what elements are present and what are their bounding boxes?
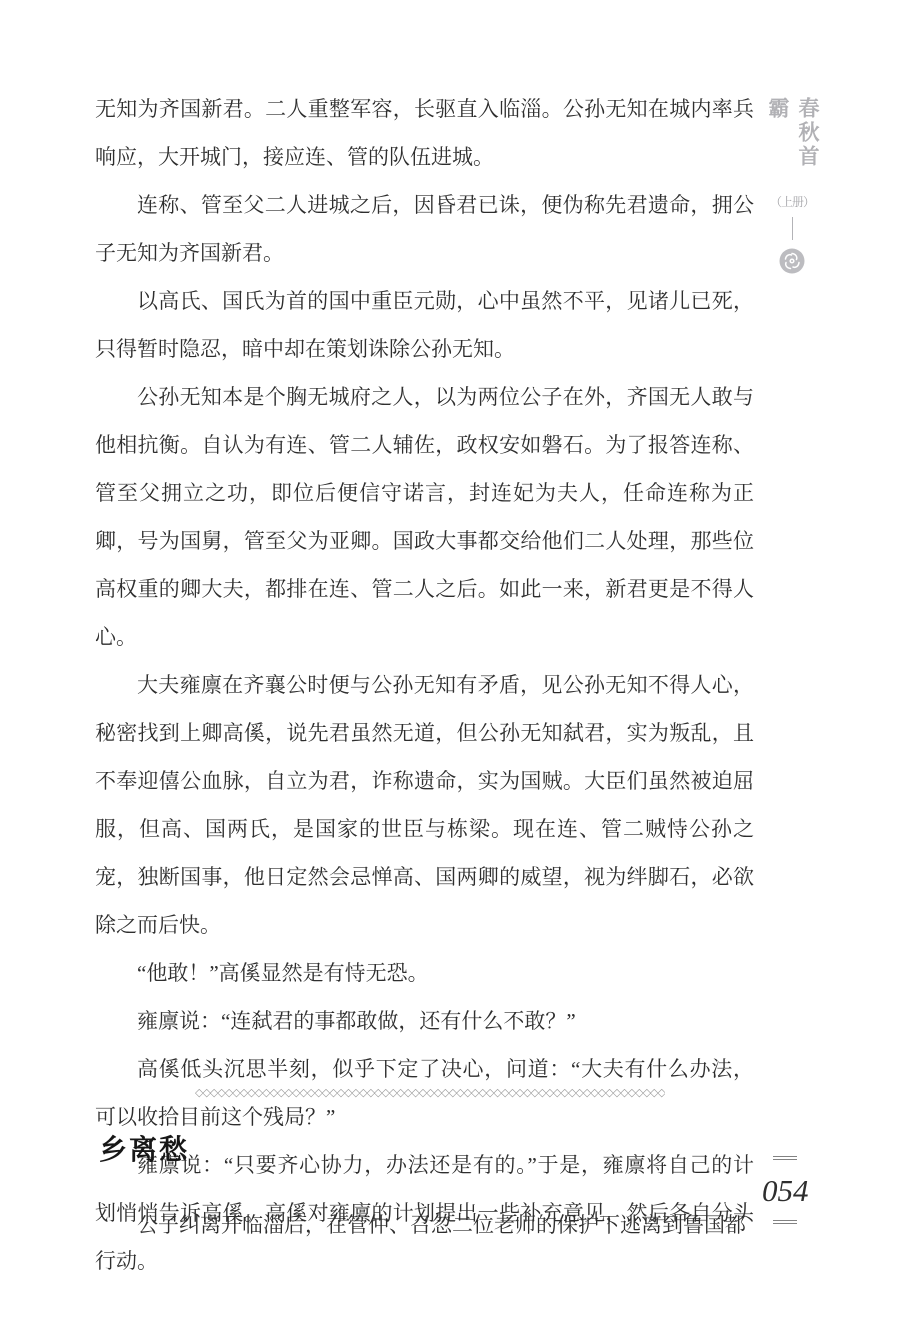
paragraph: 连称、管至父二人进城之后，因昏君已诛，便伪称先君遗命，拥公子无知为齐国新君。	[95, 181, 754, 277]
book-title-vertical: 春秋首霸	[762, 97, 822, 192]
paragraph: 大夫雍廪在齐襄公时便与公孙无知有矛盾，见公孙无知不得人心，秘密找到上卿高傒，说先…	[95, 661, 754, 949]
section-heading: 乡离愁	[99, 1128, 189, 1168]
book-page: 无知为齐国新君。二人重整军容，长驱直入临淄。公孙无知在城内率兵响应，大开城门，接…	[0, 0, 913, 1338]
paragraph: 公孙无知本是个胸无城府之人，以为两位公子在外，齐国无人敢与他相抗衡。自认为有连、…	[95, 373, 754, 661]
double-rule-top	[773, 1156, 797, 1160]
page-number-block: 054	[762, 1156, 808, 1224]
margin-title-block: 春秋首霸 （上册）	[763, 97, 821, 274]
body-text-column: 无知为齐国新君。二人重整军容，长驱直入临淄。公孙无知在城内率兵响应，大开城门，接…	[95, 85, 754, 1285]
book-volume-label: （上册）	[770, 193, 814, 210]
paragraph: 无知为齐国新君。二人重整军容，长驱直入临淄。公孙无知在城内率兵响应，大开城门，接…	[95, 85, 754, 181]
paragraph: 以高氏、国氏为首的国中重臣元勋，心中虽然不平，见诸儿已死，只得暂时隐忍，暗中却在…	[95, 277, 754, 373]
page-number: 054	[762, 1175, 808, 1206]
divider-line	[792, 217, 793, 240]
paragraph-dialogue: 雍廪说：“连弑君的事都敢做，还有什么不敢？”	[95, 997, 754, 1045]
paragraph-dialogue: “他敢！”高傒显然是有恃无恐。	[95, 949, 754, 997]
section-divider-ornament: ◇◇◇◇◇◇◇◇◇◇◇◇◇◇◇◇◇◇◇◇◇◇◇◇◇◇◇◇◇◇◇◇◇◇◇◇◇◇◇◇…	[195, 1086, 665, 1100]
paragraph: 公子纠离开临淄后，在管仲、召忽二位老师的保护下逃离到鲁国都	[95, 1201, 754, 1249]
double-rule-bottom	[773, 1220, 797, 1224]
seal-icon	[779, 248, 805, 274]
